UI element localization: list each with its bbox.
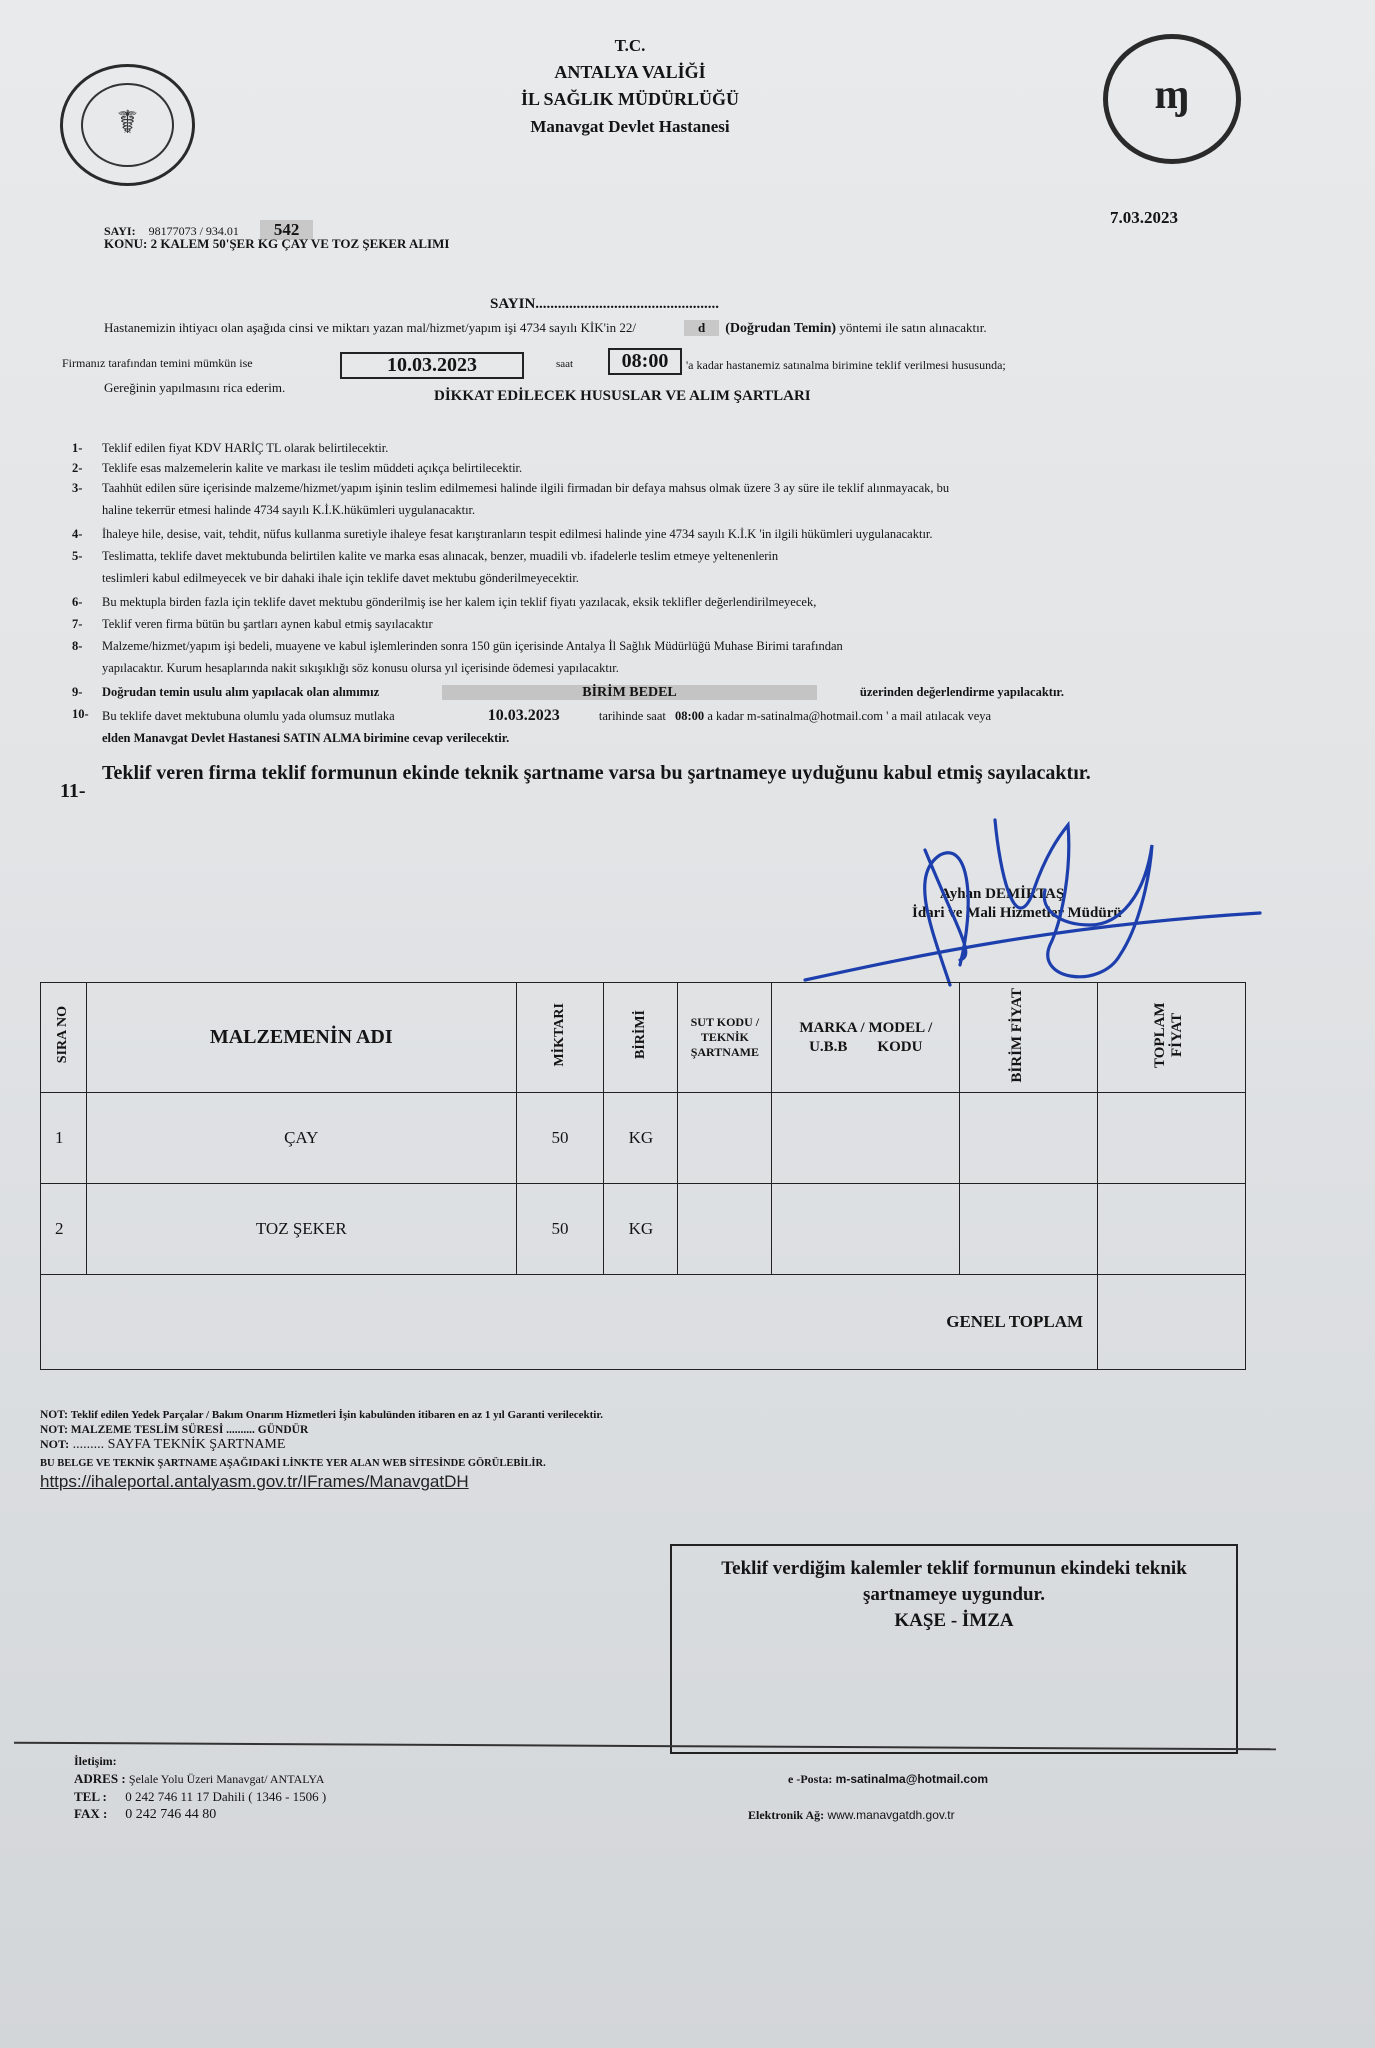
term-text: Teklif veren firma teklif formunun ekind… [102,760,1202,786]
term-text: Teklife esas malzemelerin kalite ve mark… [102,461,522,476]
header-label: ŞARTNAME [678,1045,771,1060]
term-text-cont: yapılacaktır. Kurum hesaplarında nakit s… [102,661,619,676]
term-number: 10- [72,707,100,722]
cell-birim-fiyat-input[interactable] [960,1184,1098,1275]
note-warranty: NOT: Teklif edilen Yedek Parçalar / Bakı… [40,1408,603,1423]
term-number: 1- [72,441,100,456]
tender-portal-link[interactable]: https://ihaleportal.antalyasm.gov.tr/IFr… [40,1471,603,1493]
address-label: ADRES : [74,1770,126,1787]
evaluation-basis: BİRİM BEDEL [442,685,817,700]
stamp-text-2: şartnameye uygundur. [672,1582,1236,1608]
stamp-signature-box: Teklif verdiğim kalemler teklif formunun… [670,1544,1238,1754]
term10-text: Bu teklife davet mektubuna olumlu yada o… [102,709,395,723]
website-link[interactable]: www.manavgatdh.gov.tr [827,1808,954,1822]
term9-text-end: üzerinden değerlendirme yapılacaktır. [860,685,1064,699]
document-subject: KONU: 2 KALEM 50'ŞER KG ÇAY VE TOZ ŞEKER… [104,236,449,252]
cell-sira: 2 [41,1184,87,1275]
term-number: 6- [72,595,100,610]
term-number: 5- [72,549,100,564]
header-label: TEKNİK [678,1030,771,1045]
term-text-cont: haline tekerrür etmesi halinde 4734 sayı… [102,503,475,518]
note-text: Teklif edilen Yedek Parçalar / Bakım Ona… [71,1409,603,1421]
article-letter: d [684,320,719,336]
method-name: (Doğrudan Temin) [725,321,836,336]
address-value: Şelale Yolu Üzeri Manavgat/ ANTALYA [129,1772,324,1786]
email-info: e -Posta: m-satinalma@hotmail.com [788,1772,988,1787]
term-text: Teklif edilen fiyat KDV HARİÇ TL olarak … [102,441,388,456]
note-spec-pages: NOT: ......... SAYFA TEKNİK ŞARTNAME [40,1437,603,1453]
konu-text: 2 KALEM 50'ŞER KG ÇAY VE TOZ ŞEKER ALIMI [151,236,450,251]
note-text: ......... SAYFA TEKNİK ŞARTNAME [73,1437,286,1452]
document-header: T.C. ANTALYA VALİĞİ İL SAĞLIK MÜDÜRLÜĞÜ … [420,32,840,140]
contact-title: İletişim: [74,1753,117,1770]
term-text: Malzeme/hizmet/yapım işi bedeli, muayene… [102,639,843,654]
cell-sira: 1 [41,1093,87,1184]
notes-section: NOT: Teklif edilen Yedek Parçalar / Bakı… [40,1408,603,1493]
items-table: SIRA NO MALZEMENİN ADI MİKTARI BİRİMİ SU… [40,982,1246,1370]
header-directorate: İL SAĞLIK MÜDÜRLÜĞÜ [420,86,840,113]
intro-text-end: yöntemi ile satın alınacaktır. [839,320,986,335]
reply-deadline-date: 10.03.2023 [488,707,560,724]
grand-total-label: GENEL TOPLAM [41,1275,1098,1370]
konu-label: KONU: [104,236,147,251]
fax-label: FAX : [74,1805,122,1822]
col-birim: BİRİMİ [604,983,678,1093]
header-hospital: Manavgat Devlet Hastanesi [420,113,840,140]
note-website-info: BU BELGE VE TEKNİK ŞARTNAME AŞAĞIDAKİ Lİ… [40,1457,603,1472]
saat-label: saat [556,358,573,370]
email-link[interactable]: m-satinalma@hotmail.com [836,1772,988,1786]
header-label: SUT KODU / [678,1015,771,1030]
cell-marka-input[interactable] [772,1184,960,1275]
header-label: BİRİMİ [633,1010,649,1059]
contact-info: İletişim: ADRES : Şelale Yolu Üzeri Mana… [74,1752,326,1823]
header-tc: T.C. [420,32,840,59]
cell-miktar: 50 [516,1093,604,1184]
stamp-text-3: KAŞE - İMZA [672,1608,1236,1634]
term-text-cont: elden Manavgat Devlet Hastanesi SATIN AL… [102,731,509,746]
tel-value: 0 242 746 11 17 Dahili ( 1346 - 1506 ) [125,1789,326,1804]
table-header-row: SIRA NO MALZEMENİN ADI MİKTARI BİRİMİ SU… [41,983,1246,1093]
cell-birim-fiyat-input[interactable] [960,1093,1098,1184]
term9-text: Doğrudan temin usulu alım yapılacak olan… [102,685,379,699]
term-text: Bu mektupla birden fazla için teklife da… [102,595,816,610]
col-sira-no: SIRA NO [41,983,87,1093]
term-text: Taahhüt edilen süre içerisinde malzeme/h… [102,481,949,496]
term-number: 9- [72,685,100,700]
term-text: Doğrudan temin usulu alım yapılacak olan… [102,685,1064,701]
website-label: Elektronik Ağ: [748,1808,824,1822]
term-text-cont: teslimleri kabul edilmeyecek ve bir daha… [102,571,579,586]
cell-toplam-input[interactable] [1098,1184,1246,1275]
cell-name: TOZ ŞEKER [86,1184,516,1275]
cell-birim: KG [604,1093,678,1184]
document-date: 7.03.2023 [1110,208,1178,228]
term-number: 11- [60,778,86,804]
term-number: 7- [72,617,100,632]
term10-text-b: tarihinde saat [599,709,666,723]
table-row: 2 TOZ ŞEKER 50 KG [41,1184,1246,1275]
col-birim-fiyat: BİRİM FİYAT [960,983,1098,1093]
intro-line-1: Hastanemizin ihtiyacı olan aşağıda cinsi… [104,320,987,337]
handwritten-signature-icon [800,815,1280,995]
table-total-row: GENEL TOPLAM [41,1275,1246,1370]
cell-marka-input[interactable] [772,1093,960,1184]
intro-line-2-end: 'a kadar hastanemiz satınalma birimine t… [686,358,1006,373]
term-number: 2- [72,461,100,476]
col-malzeme-adi: MALZEMENİN ADI [86,983,516,1093]
header-label: U.B.B KODU [772,1038,959,1057]
hospital-emblem-icon: ɱ [1108,71,1236,119]
term10-text-c: a kadar m-satinalma@hotmail.com ' a mail… [707,709,991,723]
addressee: SAYIN...................................… [490,296,719,313]
email-label: e -Posta: [788,1772,832,1786]
intro-line-3: Gereğinin yapılmasını rica ederim. [104,380,285,396]
cell-sut-input[interactable] [678,1184,772,1275]
deadline-date-box: 10.03.2023 [340,352,524,379]
tel-label: TEL : [74,1788,122,1805]
fax-value: 0 242 746 44 80 [125,1807,216,1822]
header-label: TOPLAM FİYAT [1152,983,1192,1087]
cell-name: ÇAY [86,1093,516,1184]
caduceus-icon: ☤ [63,103,192,141]
note-text: MALZEME TESLİM SÜRESİ .......... GÜNDÜR [71,1424,309,1436]
hospital-seal-logo: ɱ [1103,34,1241,164]
table-row: 1 ÇAY 50 KG [41,1093,1246,1184]
intro-text: Hastanemizin ihtiyacı olan aşağıda cinsi… [104,320,636,335]
header-label: SIRA NO [55,1006,71,1063]
term-number: 4- [72,527,100,542]
ministry-seal-logo: ☤ [60,64,195,186]
col-sut-kodu: SUT KODU / TEKNİK ŞARTNAME [678,983,772,1093]
header-label: MARKA / MODEL / [772,1019,959,1038]
term-text: İhaleye hile, desise, vait, tehdit, nüfu… [102,527,933,542]
term-number: 3- [72,481,100,496]
cell-sut-input[interactable] [678,1093,772,1184]
cell-toplam-input[interactable] [1098,1093,1246,1184]
term-text: Teklif veren firma bütün bu şartları ayn… [102,617,433,632]
term-text: Teslimatta, teklife davet mektubunda bel… [102,549,778,564]
term-text: Bu teklife davet mektubuna olumlu yada o… [102,707,991,725]
section-title: DİKKAT EDİLECEK HUSUSLAR VE ALIM ŞARTLAR… [434,388,811,405]
header-label: MİKTARI [552,1003,568,1067]
term-number: 8- [72,639,100,654]
header-label: BİRİM FİYAT [1009,988,1049,1083]
col-toplam-fiyat: TOPLAM FİYAT [1098,983,1246,1093]
header-label: MALZEMENİN ADI [210,1026,393,1048]
note-label: NOT: [40,1424,68,1436]
header-governorship: ANTALYA VALİĞİ [420,59,840,86]
reply-deadline-time: 08:00 [675,709,704,723]
intro-line-2: Firmanız tarafından temini mümkün ise [62,356,253,371]
stamp-text-1: Teklif verdiğim kalemler teklif formunun… [672,1556,1236,1582]
deadline-time-box: 08:00 [608,348,682,375]
note-label: NOT: [40,1409,68,1421]
cell-birim: KG [604,1184,678,1275]
cell-miktar: 50 [516,1184,604,1275]
grand-total-input[interactable] [1098,1275,1246,1370]
note-delivery: NOT: MALZEME TESLİM SÜRESİ .......... GÜ… [40,1423,603,1438]
col-miktar: MİKTARI [516,983,604,1093]
note-label: NOT: [40,1437,69,1451]
col-marka-model: MARKA / MODEL / U.B.B KODU [772,983,960,1093]
website-info: Elektronik Ağ: www.manavgatdh.gov.tr [748,1808,955,1823]
